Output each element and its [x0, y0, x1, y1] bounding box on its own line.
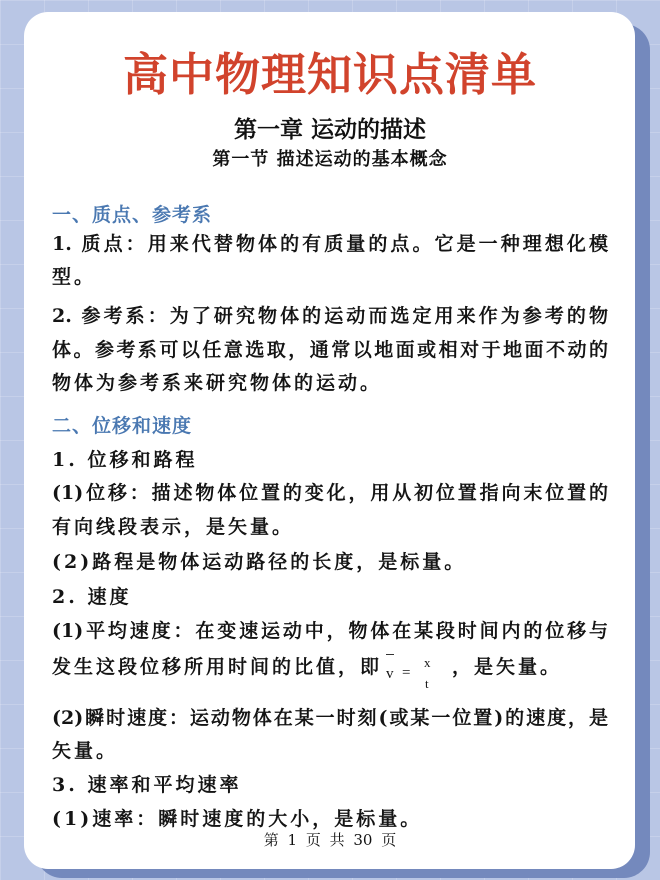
- text-line: 型。: [52, 262, 608, 292]
- heading-displacement-velocity: 二、位移和速度: [52, 412, 192, 440]
- text-line: (2)瞬时速度：运动物体在某一时刻(或某一位置)的速度，是: [52, 703, 608, 733]
- text-line: 物体为参考系来研究物体的运动。: [52, 368, 608, 398]
- text-line: (1)位移：描述物体位置的变化，用从初位置指向末位置的: [52, 478, 608, 508]
- text-line: 2. 参考系：为了研究物体的运动而选定用来作为参考的物: [52, 301, 608, 331]
- text-line: (1)平均速度：在变速运动中，物体在某段时间内的位移与: [52, 616, 608, 646]
- section-title: 第一节 描述运动的基本概念: [0, 146, 660, 174]
- page-number: 第 1 页 共 30 页: [0, 829, 660, 851]
- formula-denominator: t: [425, 669, 432, 699]
- text-line: 有向线段表示，是矢量。: [52, 512, 608, 542]
- text-line: 1. 位移和路程: [52, 445, 608, 475]
- chapter-title: 第一章 运动的描述: [0, 113, 660, 147]
- formula-lead-text: 发生这段位移所用时间的比值，即: [52, 656, 382, 678]
- heading-particle-reference: 一、质点、参考系: [52, 201, 212, 229]
- text-line-with-formula: 发生这段位移所用时间的比值，即v=xt，是矢量。: [52, 652, 608, 683]
- text-line: 体。参考系可以任意选取，通常以地面或相对于地面不动的: [52, 335, 608, 365]
- page-title: 高中物理知识点清单: [0, 48, 660, 102]
- text-line: 1. 质点：用来代替物体的有质量的点。它是一种理想化模: [52, 229, 608, 259]
- text-line: 矢量。: [52, 736, 608, 766]
- average-velocity-formula: v=xt: [386, 653, 448, 683]
- text-line: 2. 速度: [52, 582, 608, 612]
- text-line: (2)路程是物体运动路径的长度，是标量。: [52, 547, 608, 577]
- formula-tail-text: ，是矢量。: [452, 656, 562, 678]
- formula-equals: =: [402, 658, 413, 688]
- formula-v: v: [386, 659, 397, 689]
- text-line: 3. 速率和平均速率: [52, 770, 608, 800]
- overbar: [386, 654, 394, 655]
